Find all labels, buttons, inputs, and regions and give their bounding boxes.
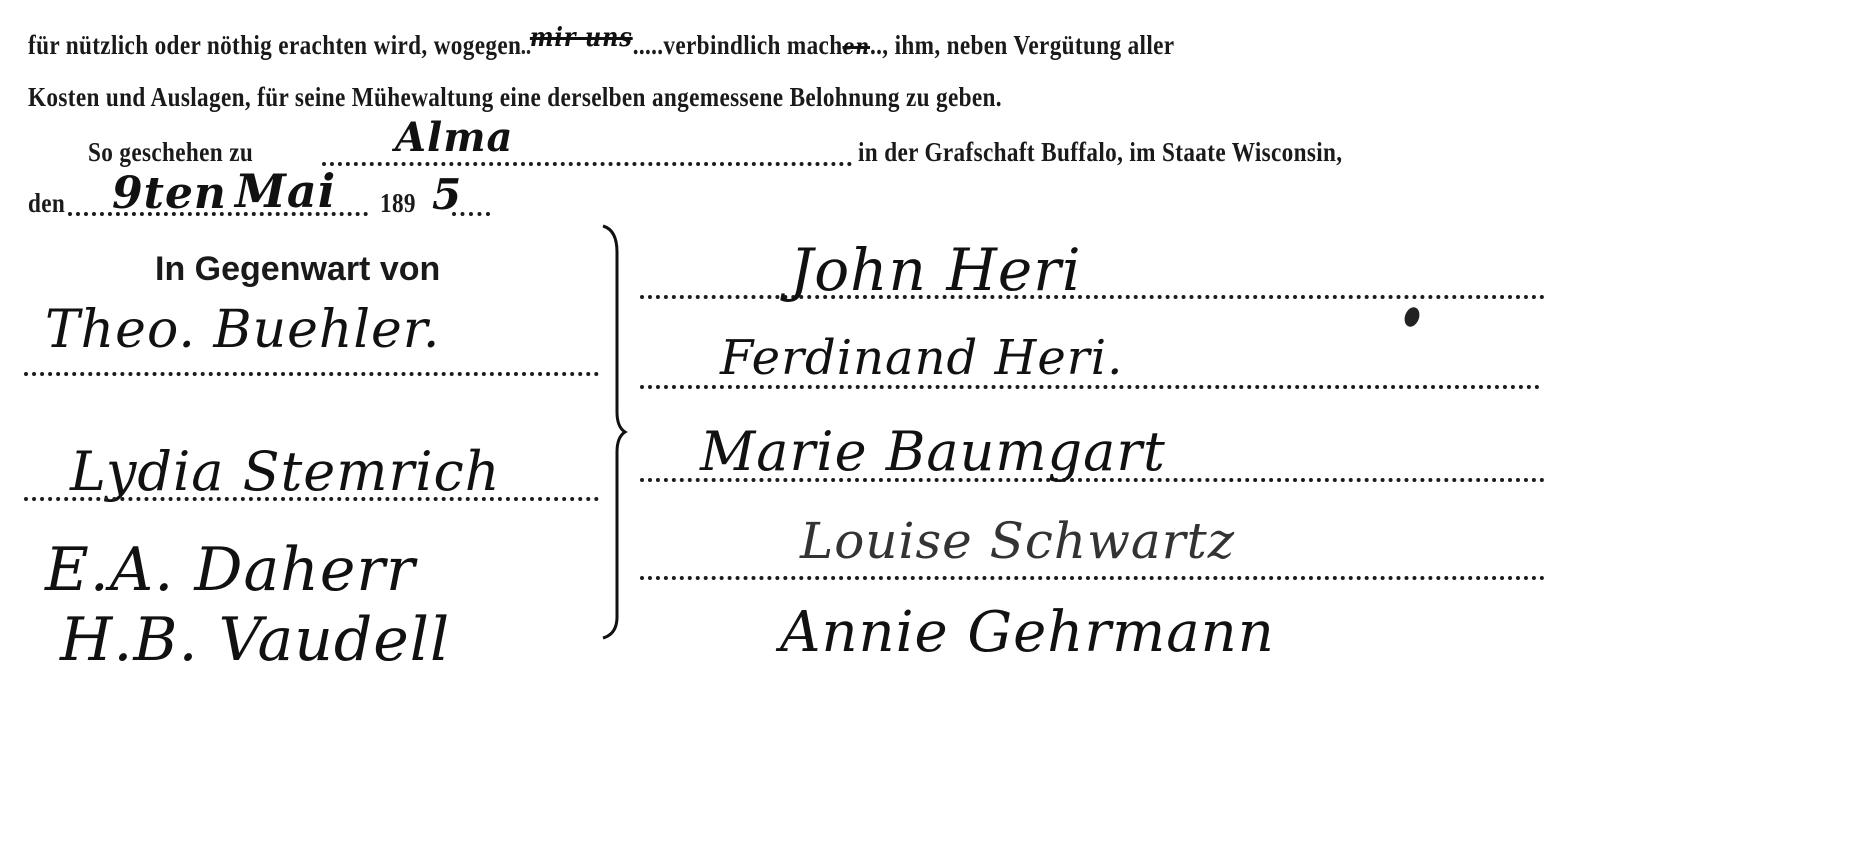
witness-signature-4: H.B. Vaudell bbox=[60, 605, 450, 675]
signatory-signature-1: John Heri bbox=[790, 236, 1082, 304]
signatory-signature-4: Louise Schwartz bbox=[800, 512, 1235, 570]
ink-blot bbox=[1402, 305, 1422, 329]
line1-part2: .....verbindlich mach bbox=[633, 30, 843, 60]
signatory-line-4 bbox=[640, 576, 1545, 580]
line1-part1: für nützlich oder nöthig erachten wird, … bbox=[28, 30, 521, 60]
year-dotted-line bbox=[452, 212, 490, 216]
printed-line-4-prefix: den bbox=[28, 188, 65, 219]
line1-part3: .., ihm, neben Vergütung aller bbox=[870, 30, 1174, 60]
handwritten-place: Alma bbox=[395, 114, 513, 161]
place-dotted-line bbox=[322, 162, 852, 166]
printed-line-1: für nützlich oder nöthig erachten wird, … bbox=[28, 30, 1174, 61]
struck-handwriting-en: en bbox=[842, 34, 870, 60]
printed-line-3-prefix: So geschehen zu bbox=[88, 137, 253, 168]
witness-line-1 bbox=[24, 372, 599, 376]
signatory-line-1 bbox=[640, 295, 1545, 299]
witness-signature-2: Lydia Stemrich bbox=[70, 440, 501, 503]
witness-line-2 bbox=[24, 497, 599, 501]
handwritten-day: 9ten bbox=[112, 168, 227, 219]
struck-handwriting-mir-uns: mir uns bbox=[530, 23, 633, 53]
signatory-signature-3: Marie Baumgart bbox=[700, 420, 1166, 483]
printed-line-3-suffix: in der Grafschaft Buffalo, im Staate Wis… bbox=[858, 137, 1342, 168]
witness-signature-1: Theo. Buehler. bbox=[45, 300, 440, 360]
witnesses-heading: In Gegenwart von bbox=[155, 250, 440, 289]
printed-line-2: Kosten und Auslagen, für seine Mühewaltu… bbox=[28, 82, 1002, 113]
brace-divider bbox=[595, 222, 635, 642]
signatory-signature-5: Annie Gehrmann bbox=[780, 600, 1275, 665]
witness-signature-3: E.A. Daherr bbox=[45, 535, 416, 605]
signatory-signature-2: Ferdinand Heri. bbox=[720, 330, 1123, 386]
printed-year-prefix: 189 bbox=[380, 188, 416, 219]
handwritten-month: Mai bbox=[235, 164, 336, 218]
